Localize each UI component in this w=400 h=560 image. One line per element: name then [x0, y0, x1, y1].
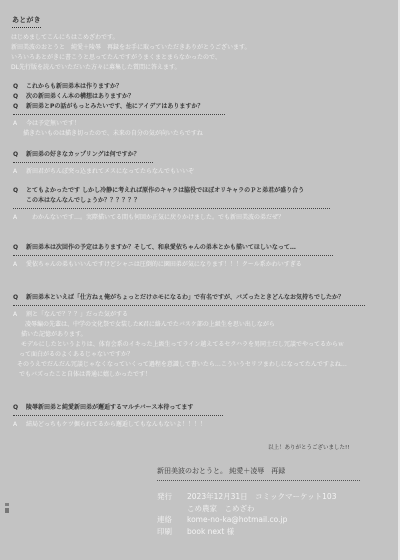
- question: Q陵辱新田弟と純愛新田弟が邂逅するマルチバース本待ってます: [13, 403, 223, 413]
- afterword-page: あとがき はじめましてこんにちはこめざわです。 新田美波のおとうと 純愛＋陵辱 …: [0, 0, 400, 560]
- colophon: 発行2023年12月31日 コミックマーケット103 こめ農家 こめざわ 連絡k…: [157, 491, 336, 537]
- qa-block: Q新田弟本といえば「仕方ねぇ俺がちょっとだけホモになるわ」で有名ですが、バズった…: [13, 293, 365, 380]
- answer: 描きたいものは描き切ったので、未来の自分の気が向いたらですね: [13, 129, 225, 139]
- intro-line: いろいろあとがきに書こうと思ってたんですがうまくまとまらなかったので、: [11, 53, 251, 63]
- intro-line: はじめましてこんにちはこめざわです。: [11, 33, 251, 43]
- intro-line: DL先行版を読んでいただいた方々に募集した質問に答えます。: [11, 63, 251, 73]
- answer: A わかんないです…。実際描いてる間も何回か正気に戻りかけました。でも新田美波の…: [13, 213, 330, 223]
- answer: そのうえでだんだん冗談じゃなくなっていくって過程を意識して書いたら…こういうセリ…: [13, 360, 365, 370]
- binding-mark-icon: [5, 503, 9, 513]
- qa-block: Qとてもよかったです しかし冷静に考えれば原作のキャラは脇役でほぼオリキャラのＰ…: [13, 186, 330, 223]
- colophon-row-circle: こめ農家 こめざわ: [157, 503, 336, 515]
- qa-block: Q新田弟の好きなカップリングは何ですか？ A新田君がちんぽ突っ込まれてメスになっ…: [13, 150, 194, 177]
- qa-block: Q新田弟本は次回作の予定はありますか？そして、和泉愛依ちゃんの弟本とかも描いてほ…: [13, 243, 333, 270]
- intro-line: 新田美波のおとうと 純愛＋陵辱 再録をお手に取っていただきありがとうございます。: [11, 43, 251, 53]
- answer: A今は予定無いです！: [13, 119, 225, 129]
- colophon-row-publish: 発行2023年12月31日 コミックマーケット103: [157, 491, 336, 503]
- answer: モデルにしたというよりは、体育会系のイキった上級生ってライン越えてるセクハラを男…: [13, 340, 365, 350]
- question: Q次の新田弟くん本の構想はありますか？: [13, 92, 225, 102]
- colophon-row-printer: 印刷book next 様: [157, 526, 336, 538]
- question: Q新田弟本は次回作の予定はありますか？そして、和泉愛依ちゃんの弟本とかも描いてほ…: [13, 243, 333, 253]
- page-heading: あとがき: [12, 15, 41, 28]
- question: Q新田弟の好きなカップリングは何ですか？: [13, 150, 153, 160]
- answer: A割と「なんで？？？」だった気がする: [13, 310, 365, 320]
- colophon-row-contact: 連絡kome-no-ka@hotmail.co.jp: [157, 514, 336, 526]
- answer: A愛依ちゃんの弟もいいんですけどシャニは圧倒的に園田弟が気になります！！！クール…: [13, 260, 333, 270]
- question: Qとてもよかったです しかし冷静に考えれば原作のキャラは脇役でほぼオリキャラのＰ…: [13, 186, 330, 196]
- question: Q新田弟とPの話がもっとみたいです、他にアイデアはありますか？: [13, 102, 225, 112]
- colophon-title: 新田美波のおとうと。 純愛＋凌辱 再録: [157, 466, 360, 481]
- qa-block: Qこれからも新田弟本は作りますか？ Q次の新田弟くん本の構想はありますか？ Q新…: [13, 82, 225, 139]
- qa-block: Q陵辱新田弟と純愛新田弟が邂逅するマルチバース本待ってます A結局どっちもケツ掘…: [13, 403, 223, 430]
- question: Qこれからも新田弟本は作りますか？: [13, 82, 225, 92]
- answer: でもバズったこと自体は普通に嬉しかったです！: [13, 370, 365, 380]
- answer: 凌辱編の先輩は、中学の文化祭で女装したK君に絡んでたバスケ部の上級生を思い出しな…: [13, 320, 365, 330]
- question: Q新田弟本といえば「仕方ねぇ俺がちょっとだけホモになるわ」で有名ですが、バズった…: [13, 293, 365, 303]
- answer: って面白がるのよくあるじゃないですか？: [13, 350, 365, 360]
- answer: A結局どっちもケツ掘られてるから邂逅してもなんもないよ！！！！: [13, 420, 223, 430]
- answer: 描いた記憶があります。: [13, 330, 365, 340]
- question: この本はなんなんでしょうか？？？？？？: [13, 196, 330, 206]
- thanks-note: 以上！ありがとうございました!!: [268, 443, 349, 451]
- answer: A新田君がちんぽ突っ込まれてメスになってたらなんでもいいぞ: [13, 167, 194, 177]
- intro-paragraph: はじめましてこんにちはこめざわです。 新田美波のおとうと 純愛＋陵辱 再録をお手…: [11, 33, 251, 73]
